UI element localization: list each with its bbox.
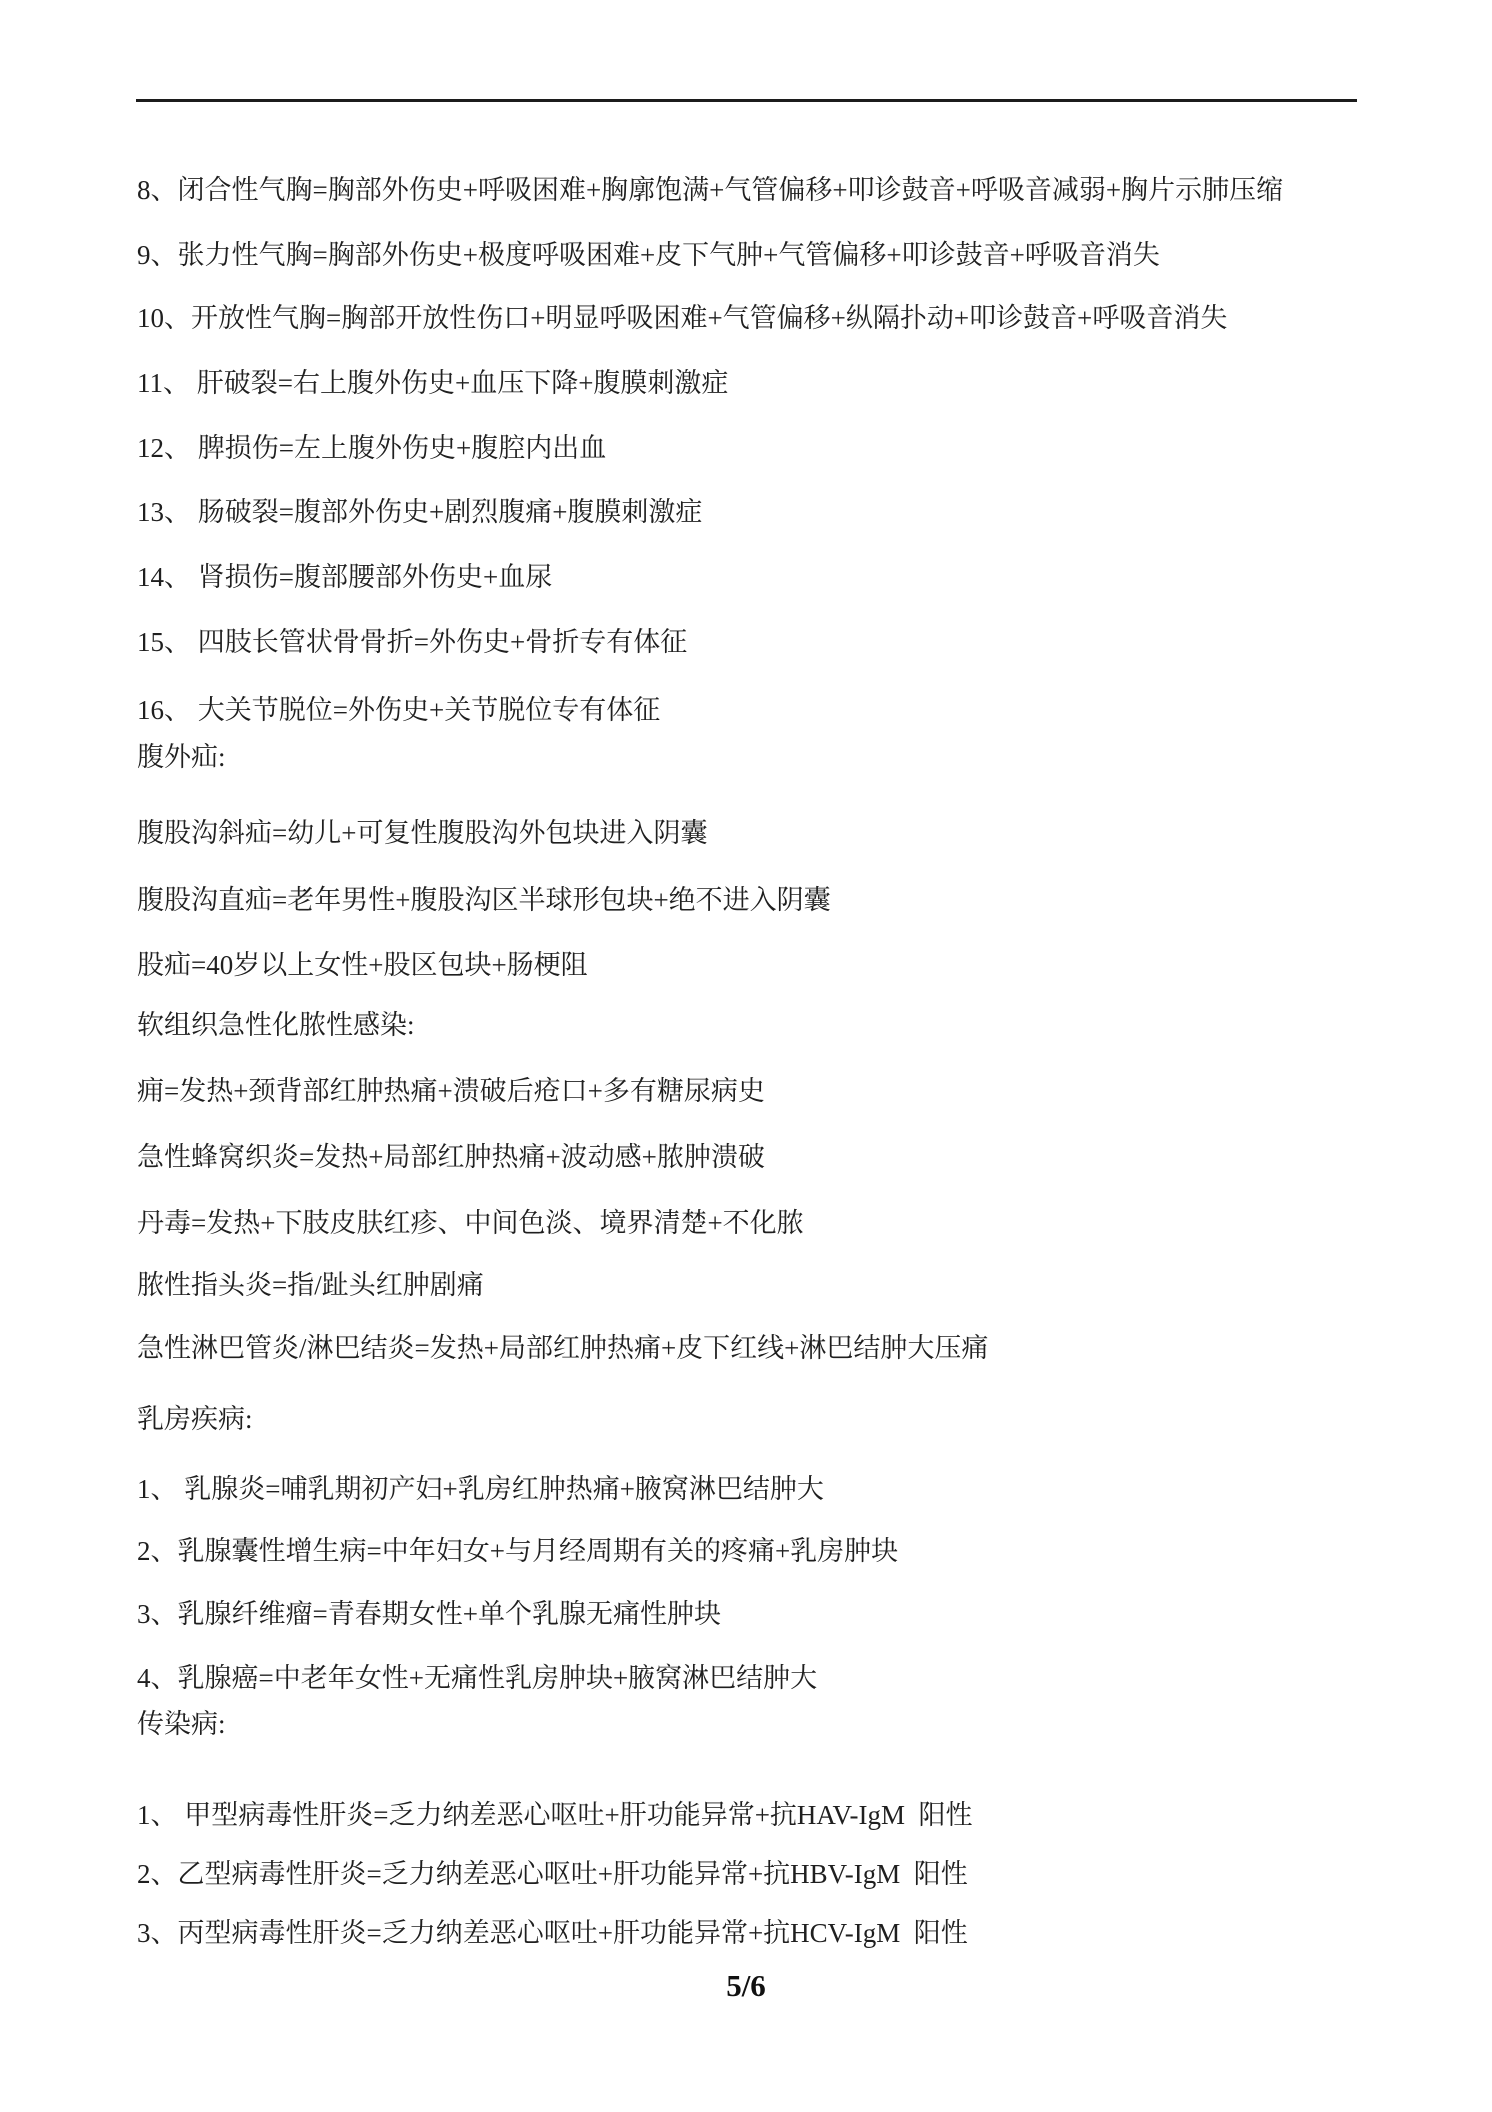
line-erysipelas: 丹毒=发热+下肢皮肤红疹、中间色淡、境界清楚+不化脓 [137, 1209, 804, 1237]
item-8-closed-pneumothorax: 8、闭合性气胸=胸部外伤史+呼吸困难+胸廓饱满+气管偏移+叩诊鼓音+呼吸音减弱+… [137, 176, 1283, 204]
item-15-long-bone-fracture: 15、 四肢长管状骨骨折=外伤史+骨折专有体征 [137, 628, 687, 656]
item-10-open-pneumothorax: 10、开放性气胸=胸部开放性伤口+明显呼吸困难+气管偏移+纵隔扑动+叩诊鼓音+呼… [137, 304, 1227, 332]
item-14-kidney-injury: 14、 肾损伤=腹部腰部外伤史+血尿 [137, 563, 552, 591]
heading-soft-tissue-infection: 软组织急性化脓性感染: [137, 1011, 415, 1039]
heading-abdominal-hernia: 腹外疝: [137, 743, 226, 771]
line-cellulitis: 急性蜂窝织炎=发热+局部红肿热痛+波动感+脓肿溃破 [137, 1143, 765, 1171]
line-lymphangitis: 急性淋巴管炎/淋巴结炎=发热+局部红肿热痛+皮下红线+淋巴结肿大压痛 [137, 1334, 988, 1362]
line-carbuncle: 痈=发热+颈背部红肿热痛+溃破后疮口+多有糖尿病史 [137, 1077, 765, 1105]
line-felon: 脓性指头炎=指/趾头红肿剧痛 [137, 1271, 484, 1299]
page-number: 5/6 [0, 1970, 1492, 2001]
header-divider-rule [136, 99, 1357, 102]
line-femoral-hernia: 股疝=40岁以上女性+股区包块+肠梗阻 [137, 951, 588, 979]
item-4-breast-cancer: 4、乳腺癌=中老年女性+无痛性乳房肿块+腋窝淋巴结肿大 [137, 1664, 817, 1692]
heading-breast-disease: 乳房疾病: [137, 1405, 253, 1433]
item-16-joint-dislocation: 16、 大关节脱位=外伤史+关节脱位专有体征 [137, 696, 660, 724]
item-2-cystic-hyperplasia: 2、乳腺囊性增生病=中年妇女+与月经周期有关的疼痛+乳房肿块 [137, 1537, 898, 1565]
line-direct-inguinal-hernia: 腹股沟直疝=老年男性+腹股沟区半球形包块+绝不进入阴囊 [137, 886, 831, 914]
item-3-hepatitis-c: 3、丙型病毒性肝炎=乏力纳差恶心呕吐+肝功能异常+抗HCV-IgM 阳性 [137, 1919, 968, 1947]
line-indirect-inguinal-hernia: 腹股沟斜疝=幼儿+可复性腹股沟外包块进入阴囊 [137, 819, 707, 847]
heading-infectious-disease: 传染病: [137, 1710, 226, 1738]
item-3-fibroadenoma: 3、乳腺纤维瘤=青春期女性+单个乳腺无痛性肿块 [137, 1600, 721, 1628]
item-1-mastitis: 1、 乳腺炎=哺乳期初产妇+乳房红肿热痛+腋窝淋巴结肿大 [137, 1475, 824, 1503]
item-12-spleen-injury: 12、 脾损伤=左上腹外伤史+腹腔内出血 [137, 434, 606, 462]
item-11-liver-rupture: 11、 肝破裂=右上腹外伤史+血压下降+腹膜刺激症 [137, 369, 728, 397]
item-2-hepatitis-b: 2、乙型病毒性肝炎=乏力纳差恶心呕吐+肝功能异常+抗HBV-IgM 阳性 [137, 1860, 968, 1888]
document-page: 8、闭合性气胸=胸部外伤史+呼吸困难+胸廓饱满+气管偏移+叩诊鼓音+呼吸音减弱+… [0, 0, 1492, 2112]
item-9-tension-pneumothorax: 9、张力性气胸=胸部外伤史+极度呼吸困难+皮下气肿+气管偏移+叩诊鼓音+呼吸音消… [137, 241, 1160, 269]
item-13-intestine-rupture: 13、 肠破裂=腹部外伤史+剧烈腹痛+腹膜刺激症 [137, 498, 702, 526]
item-1-hepatitis-a: 1、 甲型病毒性肝炎=乏力纳差恶心呕吐+肝功能异常+抗HAV-IgM 阳性 [137, 1801, 972, 1829]
